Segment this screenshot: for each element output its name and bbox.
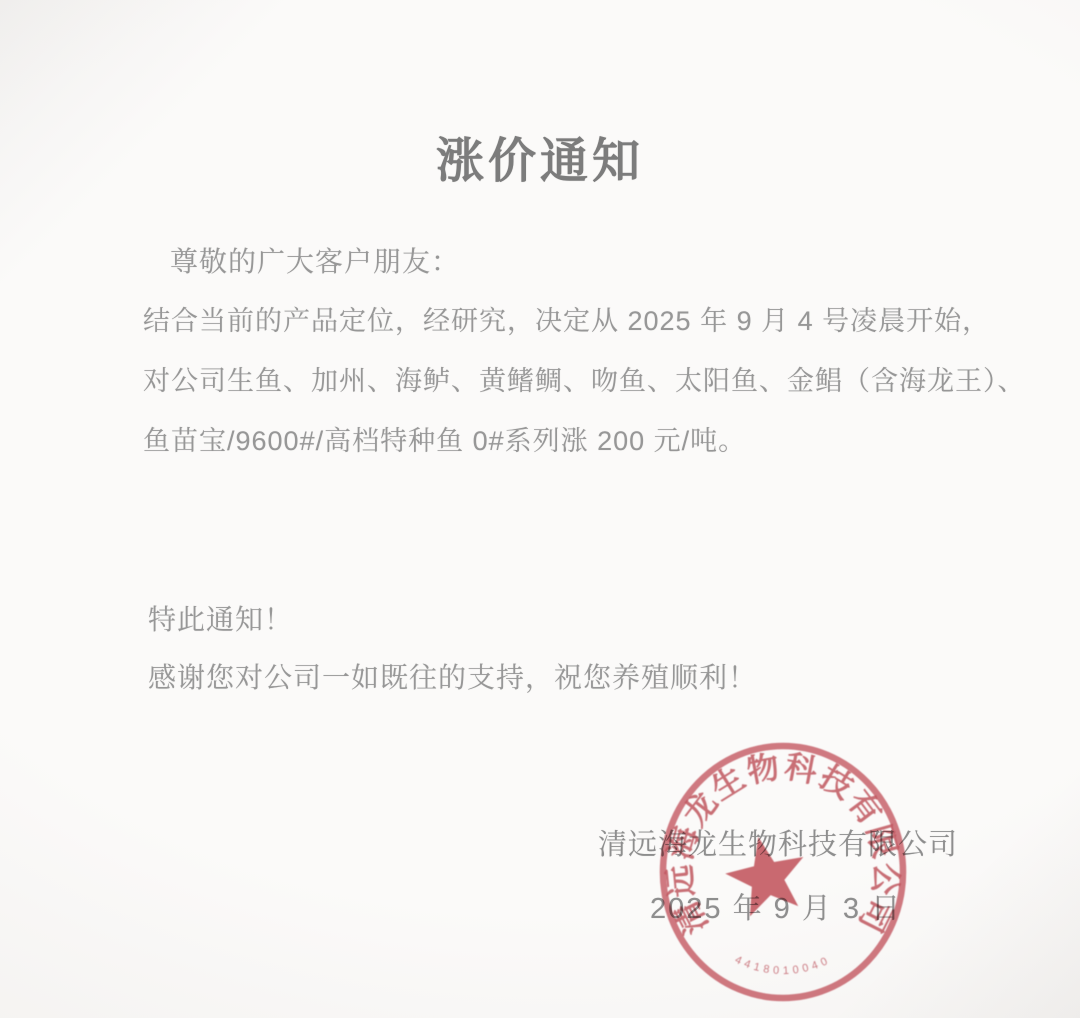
page-title: 涨价通知: [0, 122, 1080, 191]
seal-star-icon: [719, 829, 813, 920]
company-seal: 清远海龙生物科技有限公司 4418010040: [642, 728, 924, 1018]
body-line-1: 结合当前的产品定位，经研究，决定从 2025 年 9 月 4 号凌晨开始，: [143, 299, 990, 338]
salutation: 尊敬的广大客户朋友：: [170, 240, 460, 280]
notice-page: 涨价通知 尊敬的广大客户朋友： 结合当前的产品定位，经研究，决定从 2025 年…: [0, 0, 1080, 1018]
seal-code: 4418010040: [733, 954, 833, 977]
body-line-3: 鱼苗宝/9600#/高档特种鱼 0#系列涨 200 元/吨。: [143, 419, 746, 458]
notice-line: 特此通知！: [148, 598, 293, 638]
seal-arc-text: 清远海龙生物科技有限公司: [661, 748, 905, 940]
thanks-line: 感谢您对公司一如既往的支持，祝您养殖顺利！: [148, 656, 757, 696]
body-line-2: 对公司生鱼、加州、海鲈、黄鳍鲷、吻鱼、太阳鱼、金鲳（含海龙王）、: [143, 359, 1026, 398]
